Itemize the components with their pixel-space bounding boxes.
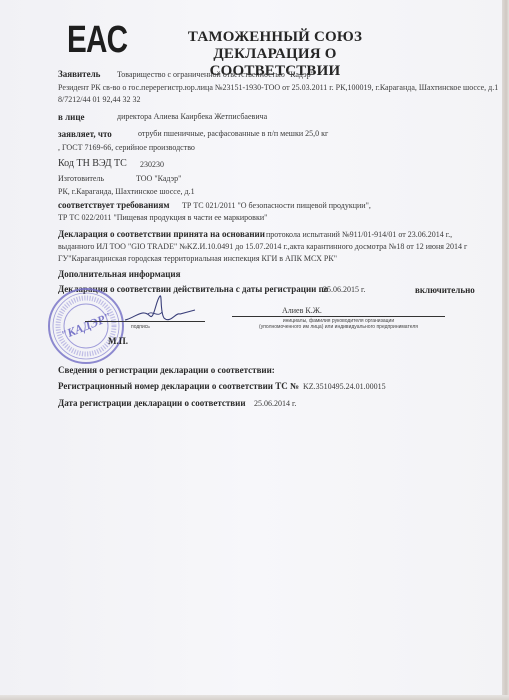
validity-date: 25.06.2015 г. — [323, 285, 365, 294]
name-line — [232, 316, 445, 317]
requirements-value-cont: ТР ТС 022/2011 "Пищевая продукция в част… — [58, 213, 267, 222]
registration-number-value: KZ.3510495.24.01.00015 — [303, 382, 386, 391]
declares-label: заявляет, что — [58, 129, 112, 139]
resident-line: Резидент РК св-во о гос.перерегистр.юр.л… — [58, 83, 498, 92]
registration-number-label: Регистрационный номер декларации о соотв… — [58, 381, 299, 391]
manufacturer-value: ТОО "Кадэр" — [136, 174, 181, 183]
document-page: EAC ТАМОЖЕННЫЙ СОЮЗ ДЕКЛАРАЦИЯ О СООТВЕТ… — [0, 0, 503, 695]
represented-by-label: в лице — [58, 112, 85, 122]
signature-caption: подпись — [131, 324, 150, 330]
registration-heading: Сведения о регистрации декларации о соот… — [58, 365, 275, 375]
signer-name-caption: инициалы, фамилия руководителя организац… — [232, 318, 445, 330]
product-description: отруби пшеничные, расфасованные в п/п ме… — [138, 129, 328, 138]
basis-label: Декларация о соответствии принята на осн… — [58, 229, 265, 239]
applicant-value: Товарищество с ограниченной ответственно… — [117, 70, 314, 79]
eac-logo-icon: EAC — [67, 21, 127, 59]
manufacturer-address: РК, г.Караганда, Шахтинское шоссе, д.1 — [58, 187, 195, 196]
basis-value: протокола испытаний №911/01-914/01 от 23… — [266, 230, 452, 239]
represented-by-value: директора Алиева Каирбека Жетписбаевича — [117, 112, 267, 121]
seal-label: М.П. — [108, 336, 128, 346]
paper-edge-bottom — [0, 695, 509, 700]
tn-ved-label: Код ТН ВЭД ТС — [58, 158, 127, 169]
validity-suffix: включительно — [415, 285, 475, 295]
product-description-cont: , ГОСТ 7169-66, серийное производство — [58, 143, 195, 152]
requirements-value: ТР ТС 021/2011 "О безопасности пищевой п… — [182, 201, 371, 210]
title-line-1: ТАМОЖЕННЫЙ СОЮЗ — [150, 29, 400, 46]
applicant-label: Заявитель — [58, 69, 100, 79]
registration-date-label: Дата регистрации декларации о соответств… — [58, 398, 246, 408]
phone-line: 8/7212/44 01 92,44 32 32 — [58, 95, 140, 104]
basis-line-3: ГУ"Карагандинская городская территориаль… — [58, 254, 337, 263]
paper-edge-right — [502, 0, 509, 700]
signature-line — [85, 321, 205, 322]
company-stamp-icon: "КАДЭР" — [46, 286, 126, 366]
requirements-label: соответствует требованиям — [58, 200, 169, 210]
signer-name: Алиев К.Ж. — [282, 306, 322, 315]
tn-ved-value: 230230 — [140, 160, 164, 169]
additional-info-label: Дополнительная информация — [58, 269, 180, 279]
registration-date-value: 25.06.2014 г. — [254, 399, 296, 408]
manufacturer-label: Изготовитель — [58, 174, 104, 183]
basis-line-2: выданного ИЛ ТОО "GIO TRADE" №KZ.И.10.04… — [58, 242, 467, 251]
